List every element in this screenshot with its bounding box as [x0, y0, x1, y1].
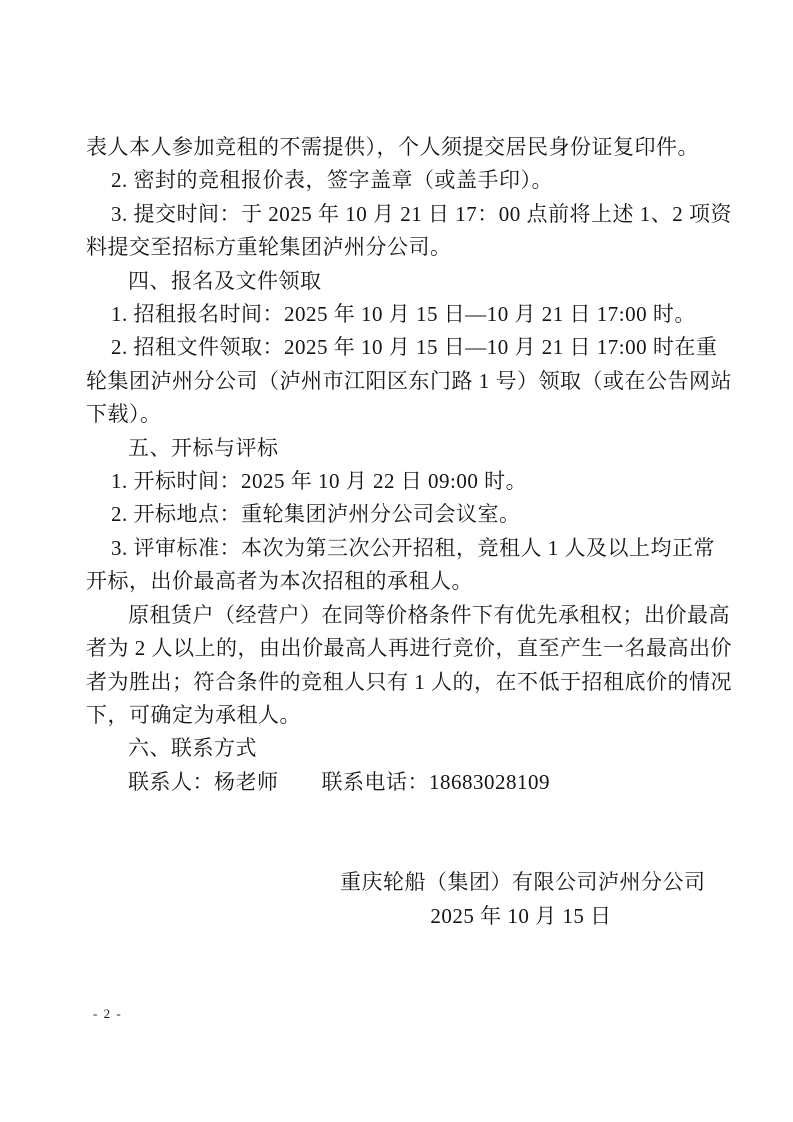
body-line: 者为胜出；符合条件的竞租人只有 1 人的，在不低于招租底价的情况 — [86, 666, 704, 699]
body-line: 者为 2 人以上的，由出价最高人再进行竞价，直至产生一名最高出价 — [86, 632, 704, 665]
section-heading: 六、联系方式 — [86, 732, 704, 765]
body-line: 2. 招租文件领取：2025 年 10 月 15 日—10 月 21 日 17:… — [86, 331, 704, 364]
body-line: 2. 密封的竞租报价表，签字盖章（或盖手印）。 — [86, 164, 704, 197]
document-page: 表人本人参加竞租的不需提供），个人须提交居民身份证复印件。 2. 密封的竞租报价… — [0, 0, 793, 1122]
body-line: 1. 开标时间：2025 年 10 月 22 日 09:00 时。 — [86, 465, 704, 498]
body-line: 3. 提交时间：于 2025 年 10 月 21 日 17：00 点前将上述 1… — [86, 198, 704, 231]
page-number: - 2 - — [93, 1006, 122, 1022]
contact-line: 联系人：杨老师 联系电话：18683028109 — [86, 766, 704, 799]
body-line: 原租赁户（经营户）在同等价格条件下有优先承租权；出价最高 — [86, 599, 704, 632]
document-body: 表人本人参加竞租的不需提供），个人须提交居民身份证复印件。 2. 密封的竞租报价… — [86, 131, 704, 933]
section-heading: 四、报名及文件领取 — [86, 265, 704, 298]
signature-block: 重庆轮船（集团）有限公司泸州分公司 2025 年 10 月 15 日 — [340, 866, 702, 933]
body-line: 下载）。 — [86, 398, 704, 431]
body-line: 料提交至招标方重轮集团泸州分公司。 — [86, 231, 704, 264]
signature-company: 重庆轮船（集团）有限公司泸州分公司 — [340, 866, 702, 899]
body-line: 3. 评审标准：本次为第三次公开招租，竞租人 1 人及以上均正常 — [86, 532, 704, 565]
body-line: 轮集团泸州分公司（泸州市江阳区东门路 1 号）领取（或在公告网站 — [86, 365, 704, 398]
body-line: 开标，出价最高者为本次招租的承租人。 — [86, 565, 704, 598]
body-line: 2. 开标地点：重轮集团泸州分公司会议室。 — [86, 498, 704, 531]
signature-date: 2025 年 10 月 15 日 — [340, 900, 702, 933]
body-line: 1. 招租报名时间：2025 年 10 月 15 日—10 月 21 日 17:… — [86, 298, 704, 331]
body-line: 下，可确定为承租人。 — [86, 699, 704, 732]
body-line: 表人本人参加竞租的不需提供），个人须提交居民身份证复印件。 — [86, 131, 704, 164]
section-heading: 五、开标与评标 — [86, 432, 704, 465]
